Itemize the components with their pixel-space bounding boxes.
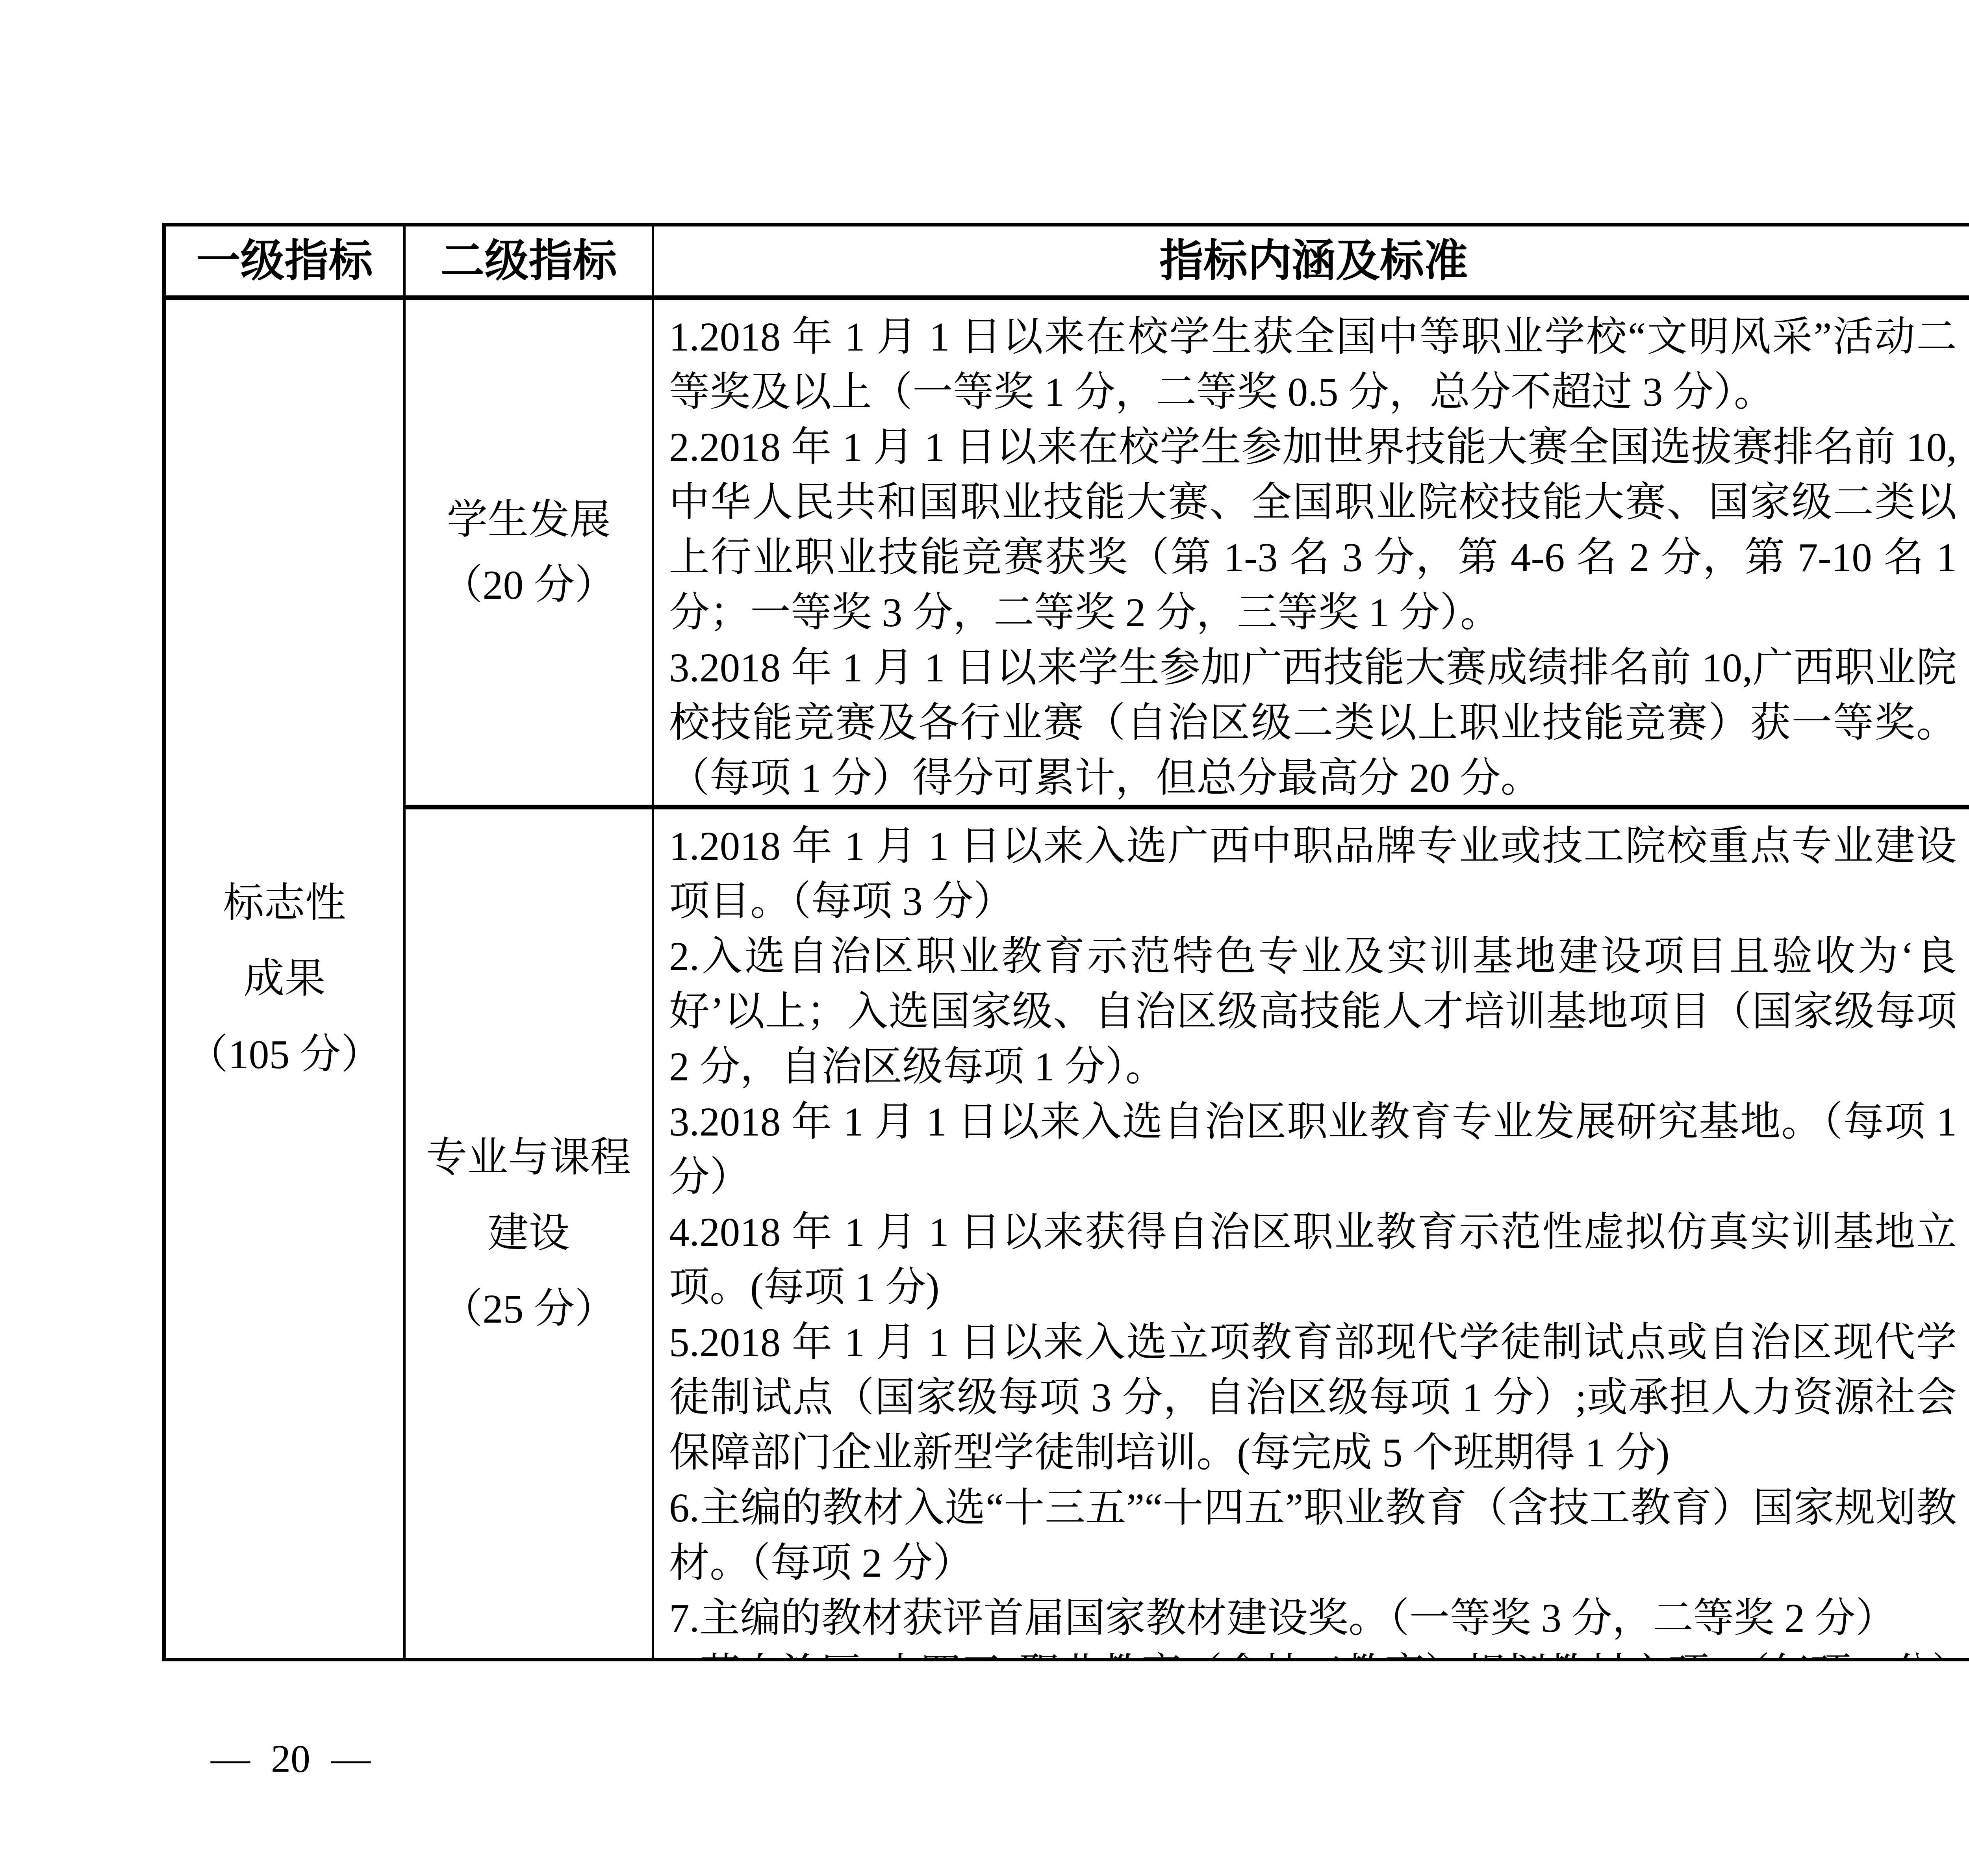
document-page: { "table": { "headers": ["一级指标", "二级指标",… xyxy=(0,0,1969,1876)
criteria-item: 2.入选自治区职业教育示范特色专业及实训基地建设项目且验收为‘良好’以上；入选国… xyxy=(669,929,1957,1095)
label-line: 专业与课程 xyxy=(426,1120,631,1196)
label-line: （25 分） xyxy=(441,1271,616,1347)
cell-level2-student-development: 学生发展（20 分） xyxy=(403,300,652,809)
header-cell-level1-indicator: 一级指标 xyxy=(166,226,403,300)
header-cell-level2-indicator: 二级指标 xyxy=(403,226,652,300)
cell-criteria-major-curriculum: 1.2018 年 1 月 1 日以来入选广西中职品牌专业或技工院校重点专业建设项… xyxy=(652,809,1969,1658)
label-line: 标志性 xyxy=(223,866,346,941)
label-line: 建设 xyxy=(488,1196,569,1271)
cell-level1-landmark-achievements: 标志性成果（105 分） xyxy=(166,300,403,1658)
header-cell-criteria: 指标内涵及标准 xyxy=(652,226,1969,300)
criteria-item: 6.主编的教材入选“十三五”“十四五”职业教育（含技工教育）国家规划教材。（每项… xyxy=(669,1481,1957,1591)
page-number: — 20 — xyxy=(211,1735,371,1782)
cell-criteria-student-development: 1.2018 年 1 月 1 日以来在校学生获全国中等职业学校“文明风采”活动二… xyxy=(652,300,1969,809)
indicator-table: 一级指标 二级指标 指标内涵及标准 支撑材料 备注 标志性成果（105 分） 学… xyxy=(162,223,1969,1661)
label-line: （20 分） xyxy=(441,553,616,618)
label-line: 学生发展 xyxy=(447,488,610,553)
label-line: 成果 xyxy=(243,941,325,1017)
criteria-item: 1.2018 年 1 月 1 日以来入选广西中职品牌专业或技工院校重点专业建设项… xyxy=(669,819,1957,929)
criteria-item: 4.2018 年 1 月 1 日以来获得自治区职业教育示范性虚拟仿真实训基地立项… xyxy=(669,1205,1957,1315)
criteria-item: 7.主编的教材获评首届国家教材建设奖。（一等奖 3 分，二等奖 2 分） xyxy=(669,1591,1957,1646)
criteria-item: 5.2018 年 1 月 1 日以来入选立项教育部现代学徒制试点或自治区现代学徒… xyxy=(669,1315,1957,1481)
label-line: （105 分） xyxy=(187,1017,382,1093)
cell-level2-major-curriculum: 专业与课程建设（25 分） xyxy=(403,809,652,1658)
criteria-item: 2.2018 年 1 月 1 日以来在校学生参加世界技能大赛全国选拔赛排名前 1… xyxy=(669,420,1957,640)
criteria-item: 1.2018 年 1 月 1 日以来在校学生获全国中等职业学校“文明风采”活动二… xyxy=(669,310,1957,420)
criteria-item: 3.2018 年 1 月 1 日以来入选自治区职业教育专业发展研究基地。（每项 … xyxy=(669,1095,1957,1205)
criteria-item: 8.获自治区“十四五”职业教育（含技工教育）规划教材立项。（每项 1 分） xyxy=(669,1646,1957,1658)
criteria-item: 3.2018 年 1 月 1 日以来学生参加广西技能大赛成绩排名前 10,广西职… xyxy=(669,640,1957,806)
